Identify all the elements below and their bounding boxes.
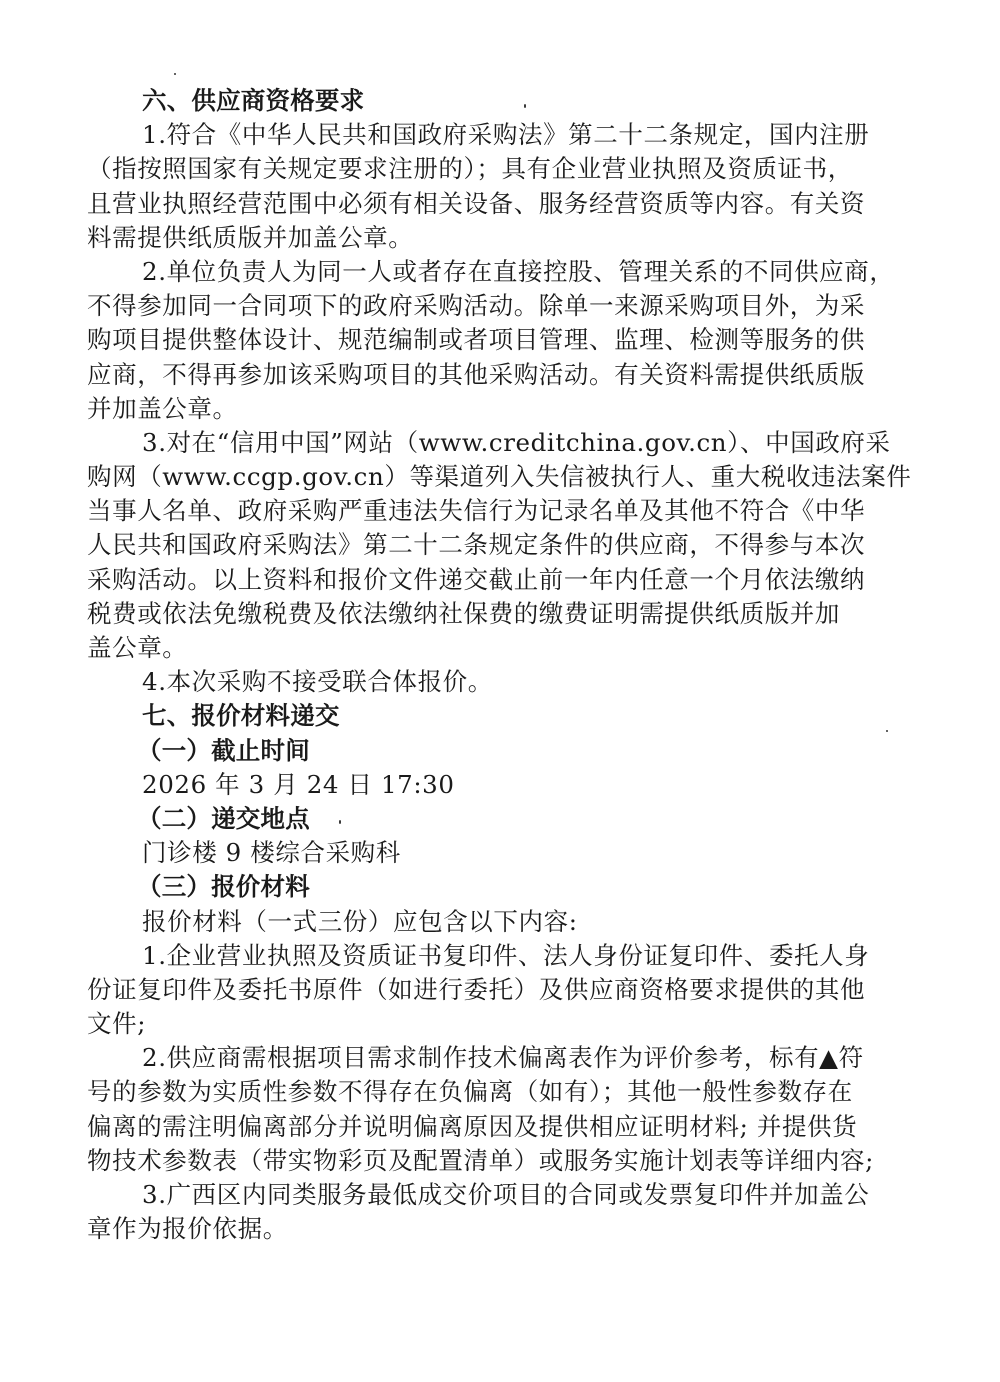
paragraph-line: 税费或依法免缴税费及依法缴纳社保费的缴费证明需提供纸质版并加 — [87, 597, 917, 631]
section-6-item-3: 3.对在“信用中国”网站（www.creditchina.gov.cn）、中国政… — [87, 426, 917, 665]
materials-item-2: 2.供应商需根据项目需求制作技术偏离表作为评价参考，标有▲符 号的参数为实质性参… — [87, 1041, 917, 1178]
paragraph-line: 号的参数为实质性参数不得存在负偏离（如有）；其他一般性参数存在 — [87, 1075, 917, 1109]
paragraph-line: 购网（www.ccgp.gov.cn）等渠道列入失信被执行人、重大税收违法案件 — [87, 460, 917, 494]
paragraph-line: 采购活动。以上资料和报价文件递交截止前一年内任意一个月依法缴纳 — [87, 563, 917, 597]
section-6-item-2: 2.单位负责人为同一人或者存在直接控股、管理关系的不同供应商， 不得参加同一合同… — [87, 255, 917, 426]
paragraph-line: 盖公章。 — [87, 631, 917, 665]
section-7-title: 七、报价材料递交 — [87, 699, 917, 733]
paragraph-line: 人民共和国政府采购法》第二十二条规定条件的供应商，不得参与本次 — [87, 528, 917, 562]
deadline-heading: （一）截止时间 — [87, 734, 917, 768]
paragraph-line: 且营业执照经营范围中必须有相关设备、服务经营资质等内容。有关资 — [87, 187, 917, 221]
paragraph-line: 购项目提供整体设计、规范编制或者项目管理、监理、检测等服务的供 — [87, 323, 917, 357]
paragraph-line: 物技术参数表（带实物彩页及配置清单）或服务实施计划表等详细内容; — [87, 1144, 917, 1178]
section-6-title: 六、供应商资格要求 — [87, 84, 917, 118]
location-heading: （二）递交地点 — [87, 802, 917, 836]
paragraph-line: 应商，不得再参加该采购项目的其他采购活动。有关资料需提供纸质版 — [87, 358, 917, 392]
paragraph-line: 份证复印件及委托书原件（如进行委托）及供应商资格要求提供的其他 — [87, 973, 917, 1007]
materials-heading: （三）报价材料 — [87, 870, 917, 904]
location-value: 门诊楼 9 楼综合采购科 — [87, 836, 917, 870]
paragraph-line: 2.供应商需根据项目需求制作技术偏离表作为评价参考，标有▲符 — [87, 1041, 917, 1075]
paragraph-line: 4.本次采购不接受联合体报价。 — [87, 665, 917, 699]
paragraph-line: 2.单位负责人为同一人或者存在直接控股、管理关系的不同供应商， — [87, 255, 917, 289]
paragraph-line: 1.符合《中华人民共和国政府采购法》第二十二条规定，国内注册 — [87, 118, 917, 152]
paragraph-line: （指按照国家有关规定要求注册的）；具有企业营业执照及资质证书， — [87, 152, 917, 186]
materials-item-3: 3.广西区内同类服务最低成交价项目的合同或发票复印件并加盖公 章作为报价依据。 — [87, 1178, 917, 1246]
materials-intro: 报价材料（一式三份）应包含以下内容: — [87, 905, 917, 939]
paragraph-line: 3.对在“信用中国”网站（www.creditchina.gov.cn）、中国政… — [87, 426, 917, 460]
section-6-item-4: 4.本次采购不接受联合体报价。 — [87, 665, 917, 699]
paragraph-line: 不得参加同一合同项下的政府采购活动。除单一来源采购项目外，为采 — [87, 289, 917, 323]
paragraph-line: 当事人名单、政府采购严重违法失信行为记录名单及其他不符合《中华 — [87, 494, 917, 528]
scan-speck — [174, 73, 176, 75]
paragraph-line: 章作为报价依据。 — [87, 1212, 917, 1246]
paragraph-line: 3.广西区内同类服务最低成交价项目的合同或发票复印件并加盖公 — [87, 1178, 917, 1212]
paragraph-line: 料需提供纸质版并加盖公章。 — [87, 221, 917, 255]
document-page: 六、供应商资格要求 1.符合《中华人民共和国政府采购法》第二十二条规定，国内注册… — [87, 84, 917, 1246]
deadline-value: 2026 年 3 月 24 日 17:30 — [87, 768, 917, 802]
paragraph-line: 并加盖公章。 — [87, 392, 917, 426]
paragraph-line: 文件; — [87, 1007, 917, 1041]
section-6-item-1: 1.符合《中华人民共和国政府采购法》第二十二条规定，国内注册 （指按照国家有关规… — [87, 118, 917, 255]
paragraph-line: 1.企业营业执照及资质证书复印件、法人身份证复印件、委托人身 — [87, 939, 917, 973]
materials-item-1: 1.企业营业执照及资质证书复印件、法人身份证复印件、委托人身 份证复印件及委托书… — [87, 939, 917, 1042]
paragraph-line: 偏离的需注明偏离部分并说明偏离原因及提供相应证明材料; 并提供货 — [87, 1110, 917, 1144]
